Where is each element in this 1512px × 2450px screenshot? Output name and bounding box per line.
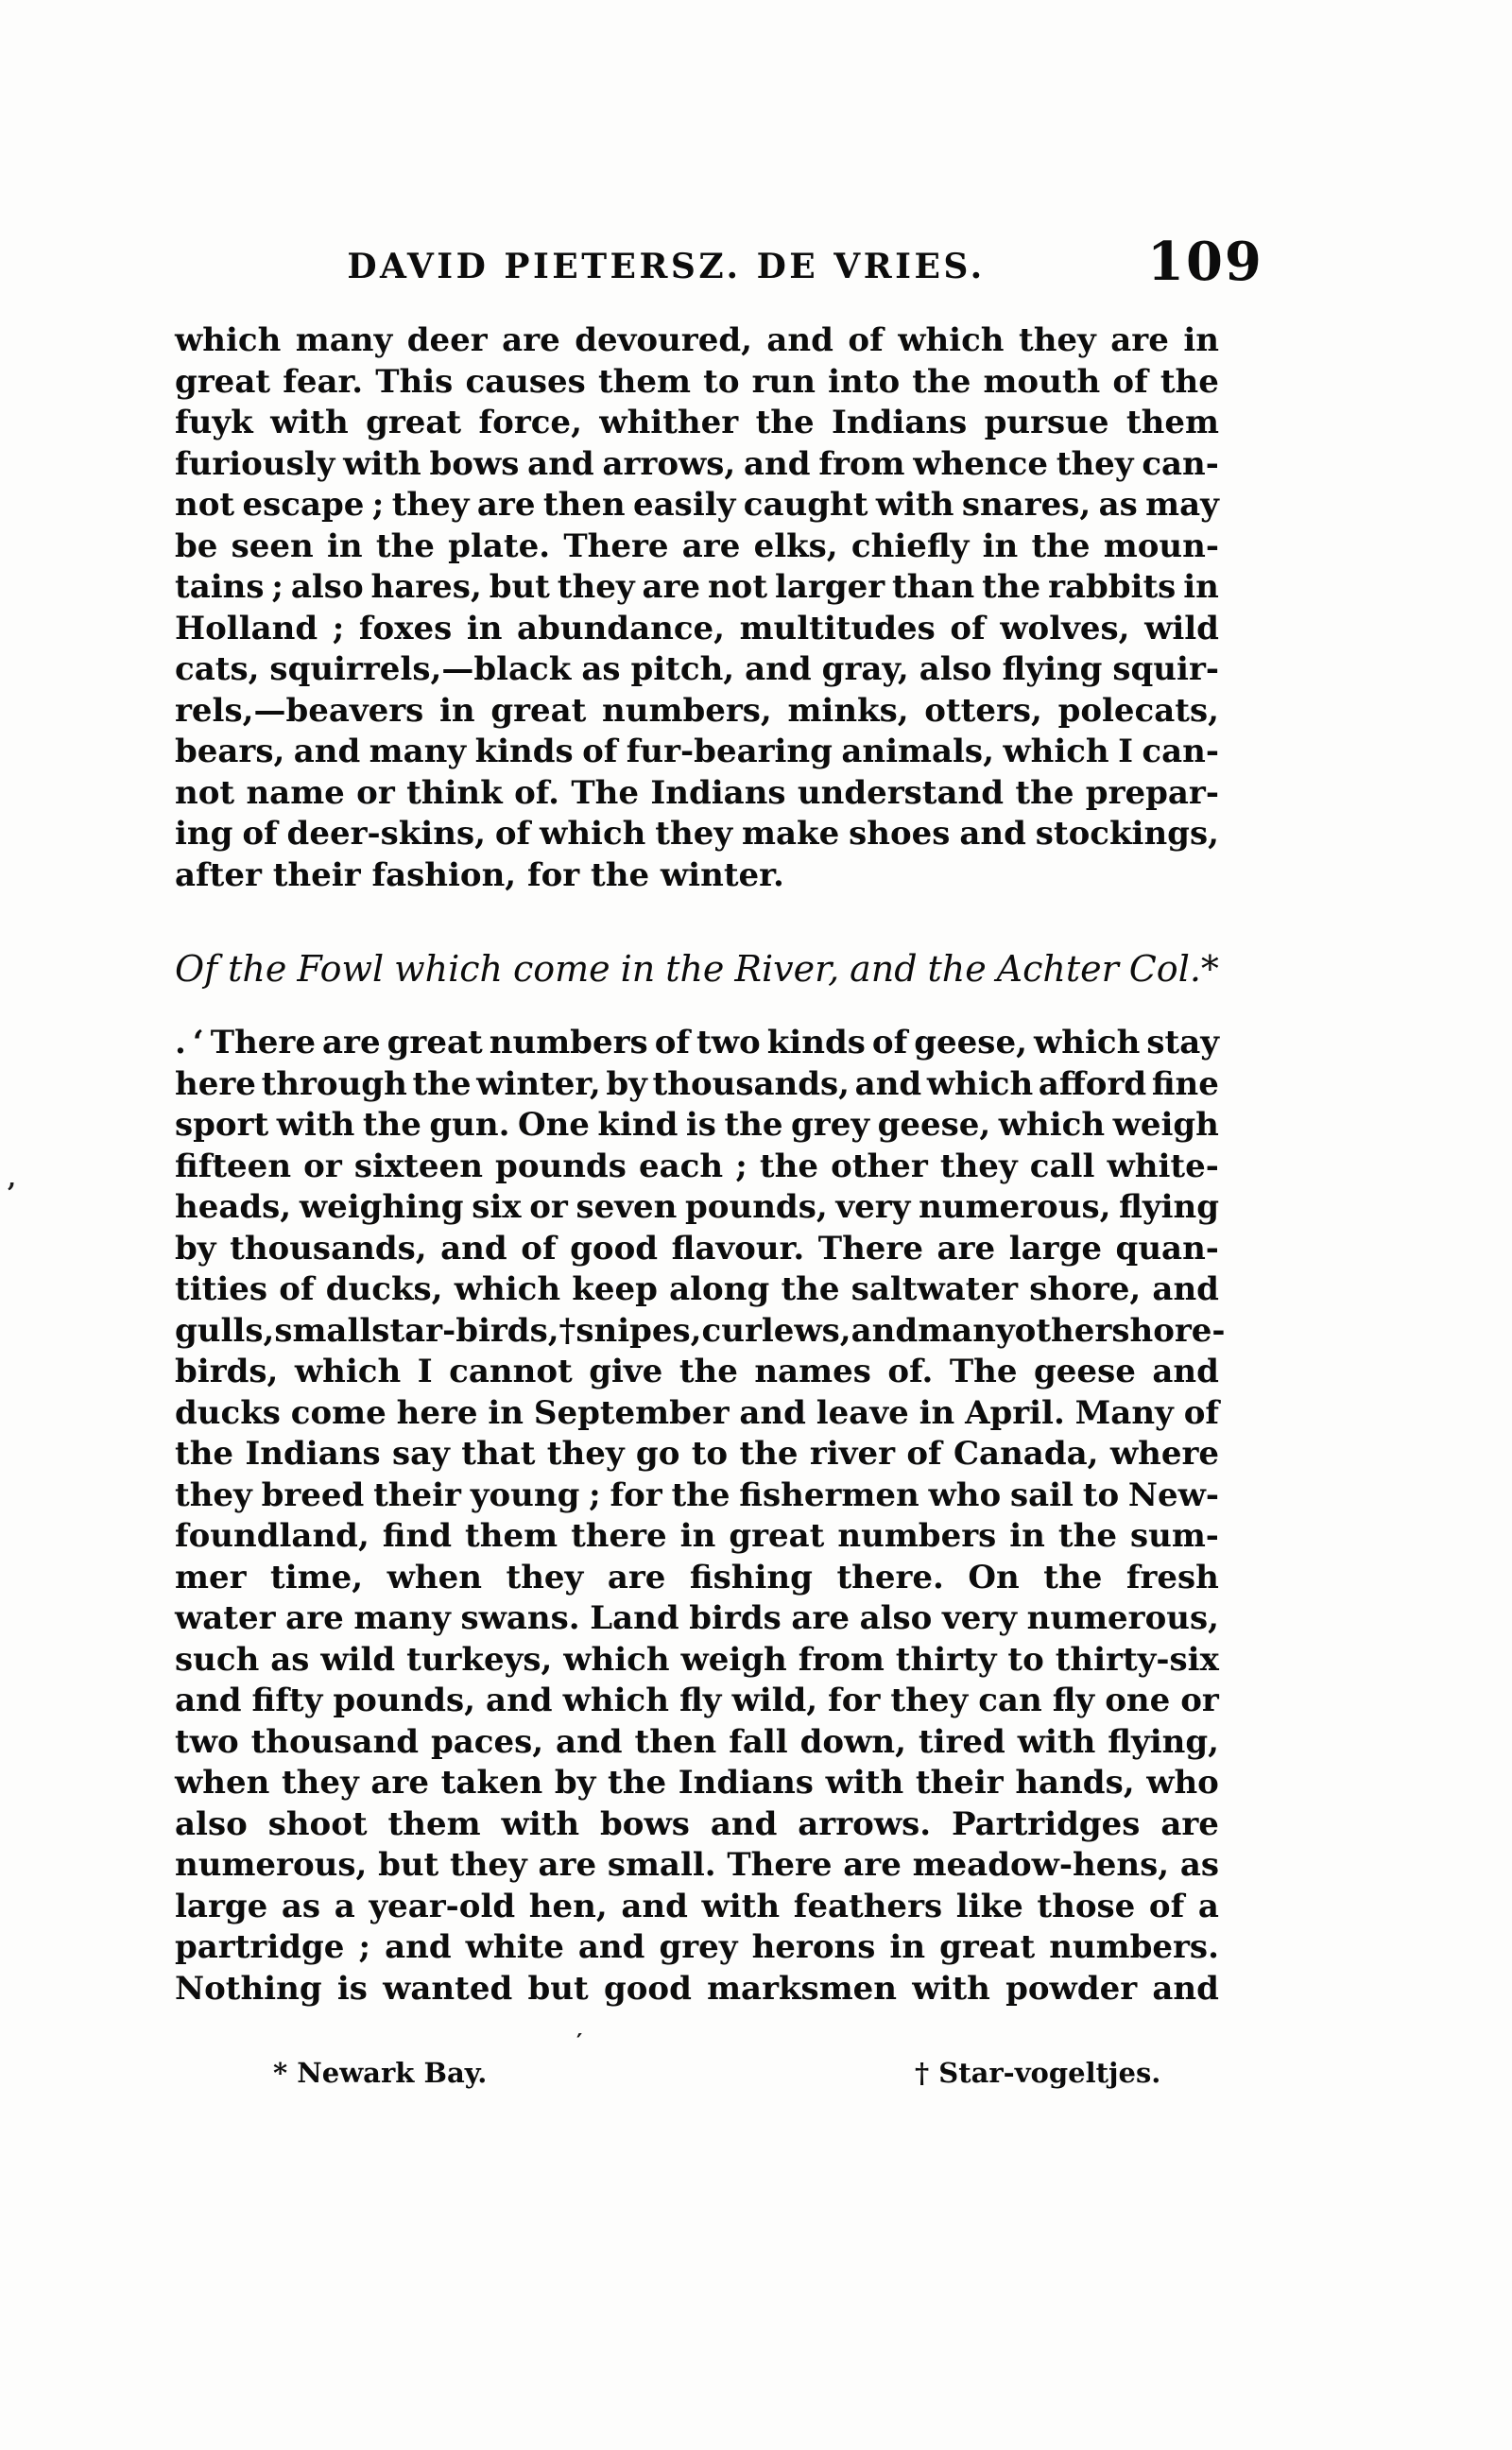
- text-line: Holland;foxesinabundance,multitudesofwol…: [175, 609, 1219, 650]
- text-line: cats,squirrels,—blackaspitch,andgray,als…: [175, 649, 1219, 691]
- footnote-newark-bay: * Newark Bay.: [273, 2057, 487, 2089]
- section-heading: OftheFowlwhichcomeintheRiver,andtheAchte…: [175, 949, 1219, 991]
- text-line: whichmanydeeraredevoured,andofwhichtheya…: [175, 320, 1219, 362]
- page-number: 109: [1147, 231, 1263, 293]
- scan-artifact-margin-mark: ,: [8, 1165, 16, 1193]
- running-header-title: DAVID PIETERSZ. DE VRIES.: [175, 247, 1158, 286]
- paragraph-fowl: .‘Therearegreatnumbersoftwokindsofgeese,…: [175, 1023, 1219, 2010]
- text-line: furiouslywithbowsandarrows,andfromwhence…: [175, 444, 1219, 486]
- text-line: numerous,buttheyaresmall.Therearemeadow-…: [175, 1845, 1219, 1887]
- text-line: herethroughthewinter,bythousands,andwhic…: [175, 1064, 1219, 1106]
- text-line: fuykwithgreatforce,whithertheIndianspurs…: [175, 403, 1219, 444]
- text-line: notnameorthinkof.TheIndiansunderstandthe…: [175, 773, 1219, 815]
- text-line: mertime,whentheyarefishingthere.Onthefre…: [175, 1558, 1219, 1599]
- text-line: after their fashion, for the winter.: [175, 855, 1219, 897]
- scan-artifact-stray-mark: ′: [576, 2028, 582, 2056]
- text-line: titiesofducks,whichkeepalongthesaltwater…: [175, 1269, 1219, 1311]
- text-line: partridge;andwhiteandgreyheronsingreatnu…: [175, 1927, 1219, 1969]
- book-page: DAVID PIETERSZ. DE VRIES. 109 whichmanyd…: [0, 0, 1512, 2450]
- text-line: largeasayear-oldhen,andwithfeathersliket…: [175, 1887, 1219, 1928]
- text-line: theybreedtheiryoung;forthefishermenwhosa…: [175, 1475, 1219, 1517]
- text-line: gulls,smallstar-birds,†snipes,curlews,an…: [175, 1311, 1219, 1353]
- text-line: tains;alsohares,buttheyarenotlargerthant…: [175, 567, 1219, 609]
- text-line: bears,andmanykindsoffur-bearinganimals,w…: [175, 732, 1219, 773]
- text-line: heads,weighingsixorsevenpounds,verynumer…: [175, 1187, 1219, 1229]
- text-line: bythousands,andofgoodflavour.Therearelar…: [175, 1229, 1219, 1270]
- text-line: fifteenorsixteenpoundseach;theothertheyc…: [175, 1147, 1219, 1188]
- text-line: suchaswildturkeys,whichweighfromthirtyto…: [175, 1640, 1219, 1682]
- text-line: alsoshootthemwithbowsandarrows.Partridge…: [175, 1804, 1219, 1846]
- text-line: wateraremanyswans.Landbirdsarealsoverynu…: [175, 1598, 1219, 1640]
- text-line: duckscomehereinSeptemberandleaveinApril.…: [175, 1393, 1219, 1435]
- text-line: .‘Therearegreatnumbersoftwokindsofgeese,…: [175, 1023, 1219, 1064]
- text-line: greatfear.Thiscausesthemtorunintothemout…: [175, 362, 1219, 404]
- footnote-star-vogeltjes: † Star-vogeltjes.: [915, 2057, 1160, 2089]
- paragraph-wildlife: whichmanydeeraredevoured,andofwhichtheya…: [175, 320, 1219, 896]
- text-line: beseenintheplate.Thereareelks,chieflyint…: [175, 526, 1219, 568]
- text-line: andfiftypounds,andwhichflywild,fortheyca…: [175, 1681, 1219, 1722]
- text-line: notescape;theyaretheneasilycaughtwithsna…: [175, 485, 1219, 526]
- text-line: rels,—beaversingreatnumbers,minks,otters…: [175, 691, 1219, 733]
- text-line: OftheFowlwhichcomeintheRiver,andtheAchte…: [175, 949, 1219, 991]
- text-line: whentheyaretakenbytheIndianswiththeirhan…: [175, 1763, 1219, 1804]
- text-line: ingofdeer-skins,ofwhichtheymakeshoesands…: [175, 814, 1219, 855]
- text-line: theIndianssaythattheygototheriverofCanad…: [175, 1434, 1219, 1475]
- text-line: sportwiththegun.Onekindisthegreygeese,wh…: [175, 1105, 1219, 1147]
- text-line: twothousandpaces,andthenfalldown,tiredwi…: [175, 1722, 1219, 1764]
- text-line: foundland,findthemthereingreatnumbersint…: [175, 1516, 1219, 1558]
- text-line: Nothingiswantedbutgoodmarksmenwithpowder…: [175, 1969, 1219, 2010]
- text-line: birds,whichIcannotgivethenamesof.Thegees…: [175, 1352, 1219, 1393]
